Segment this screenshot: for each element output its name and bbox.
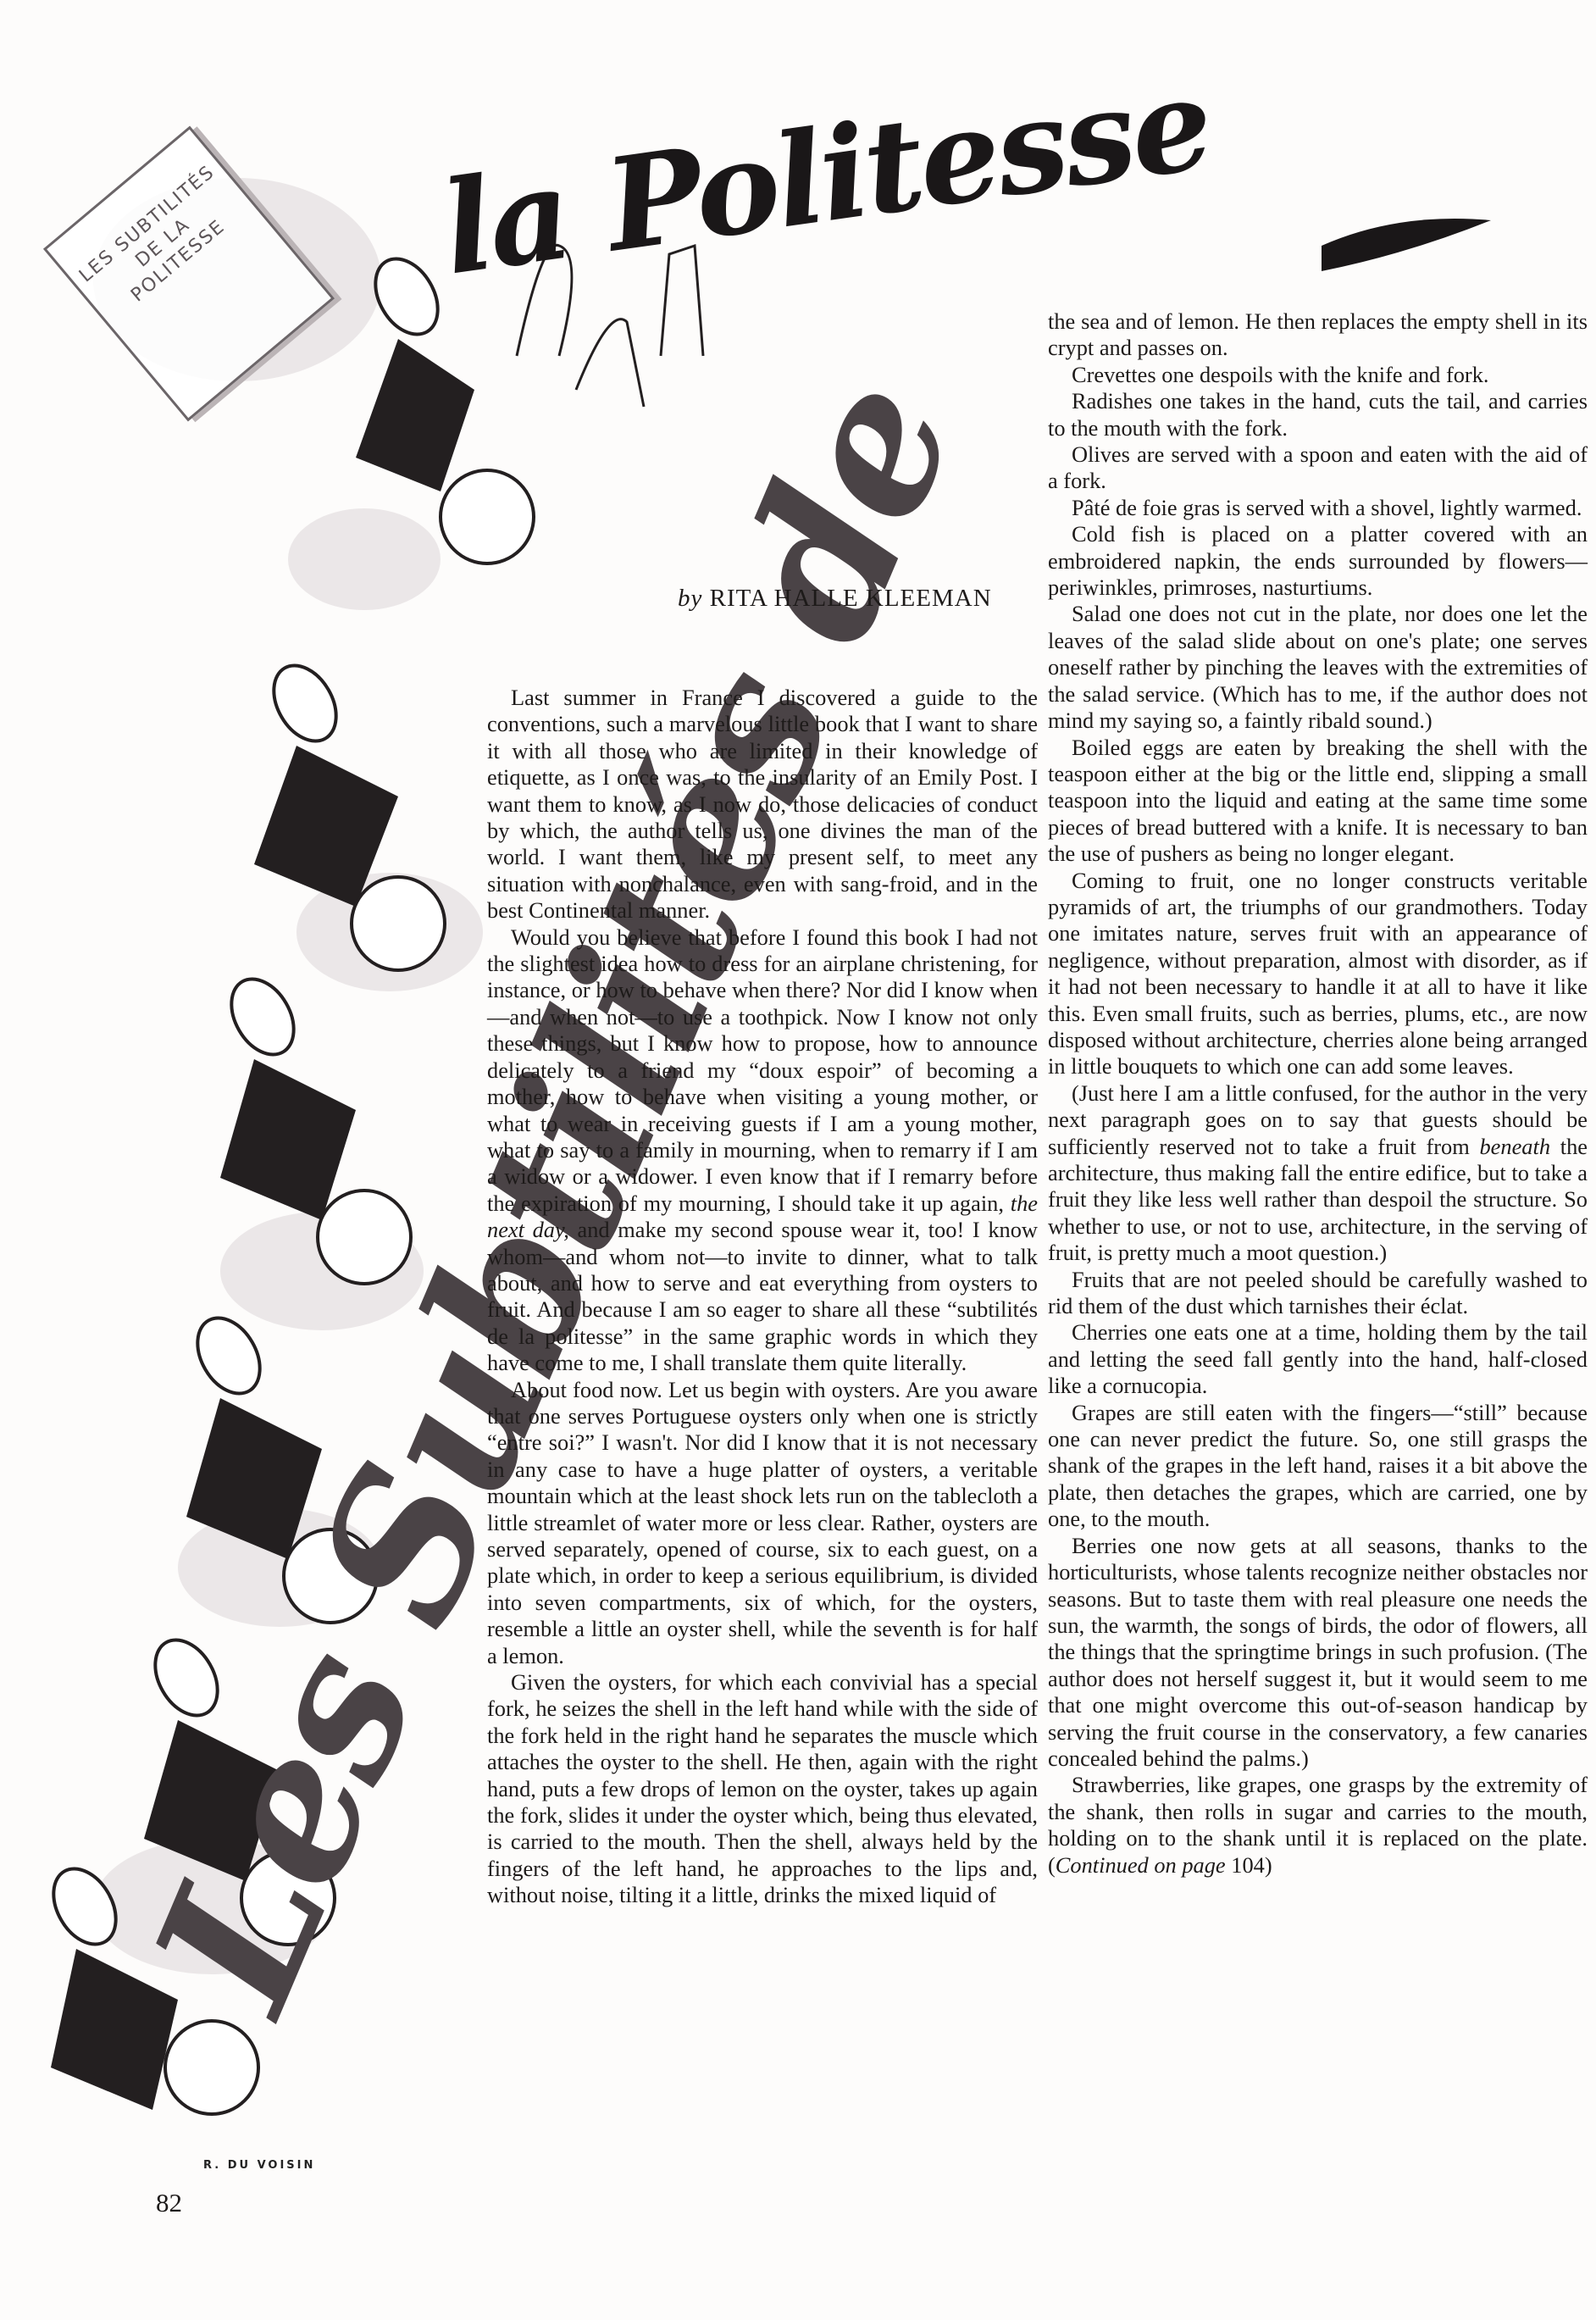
paragraph: Berries one now gets at all seasons, tha… [1048, 1533, 1588, 1773]
article-column-middle: Last summer in France I discovered a gui… [487, 685, 1038, 1909]
emphasis: beneath [1479, 1134, 1550, 1159]
paragraph: Pâté de foie gras is served with a shove… [1048, 495, 1588, 521]
article-column-right: the sea and of lemon. He then replaces t… [1048, 308, 1588, 1879]
paragraph: Grapes are still eaten with the fingers—… [1048, 1400, 1588, 1533]
continued-page-link[interactable]: 104 [1231, 1852, 1265, 1878]
paragraph: About food now. Let us begin with oyster… [487, 1377, 1038, 1669]
artist-signature: R. DU VOISIN [203, 2159, 315, 2172]
paragraph: Last summer in France I discovered a gui… [487, 685, 1038, 924]
paragraph-continuation: the sea and of lemon. He then replaces t… [1048, 308, 1588, 362]
paragraph: Cherries one eats one at a time, holding… [1048, 1319, 1588, 1399]
paragraph: Crevettes one despoils with the knife an… [1048, 362, 1588, 388]
paragraph: (Just here I am a little confused, for t… [1048, 1080, 1588, 1267]
byline: by RITA HALLE KLEEMAN [678, 585, 992, 613]
paragraph: Boiled eggs are eaten by breaking the sh… [1048, 735, 1588, 868]
paragraph: Salad one does not cut in the plate, nor… [1048, 601, 1588, 734]
book-cover-illustration: LES SUBTILITÉS DE LA POLITESSE [43, 125, 335, 421]
article-title-horizontal: la Politesse [434, 49, 1218, 304]
paragraph: Fruits that are not peeled should be car… [1048, 1267, 1588, 1320]
continued-label: Continued on page [1056, 1852, 1226, 1878]
paragraph: Given the oysters, for which each conviv… [487, 1669, 1038, 1909]
paragraph: Cold fish is placed on a platter covered… [1048, 521, 1588, 601]
byline-prefix: by [678, 585, 702, 612]
paragraph: Would you believe that before I found th… [487, 924, 1038, 1377]
byline-author: RITA HALLE KLEEMAN [710, 585, 992, 612]
paragraph: Coming to fruit, one no longer construct… [1048, 868, 1588, 1080]
book-cover-title: LES SUBTILITÉS DE LA POLITESSE [69, 155, 258, 330]
page-number: 82 [156, 2188, 182, 2218]
paragraph: Olives are served with a spoon and eaten… [1048, 441, 1588, 495]
paragraph: Radishes one takes in the hand, cuts the… [1048, 388, 1588, 441]
paragraph-last: Strawberries, like grapes, one grasps by… [1048, 1772, 1588, 1879]
